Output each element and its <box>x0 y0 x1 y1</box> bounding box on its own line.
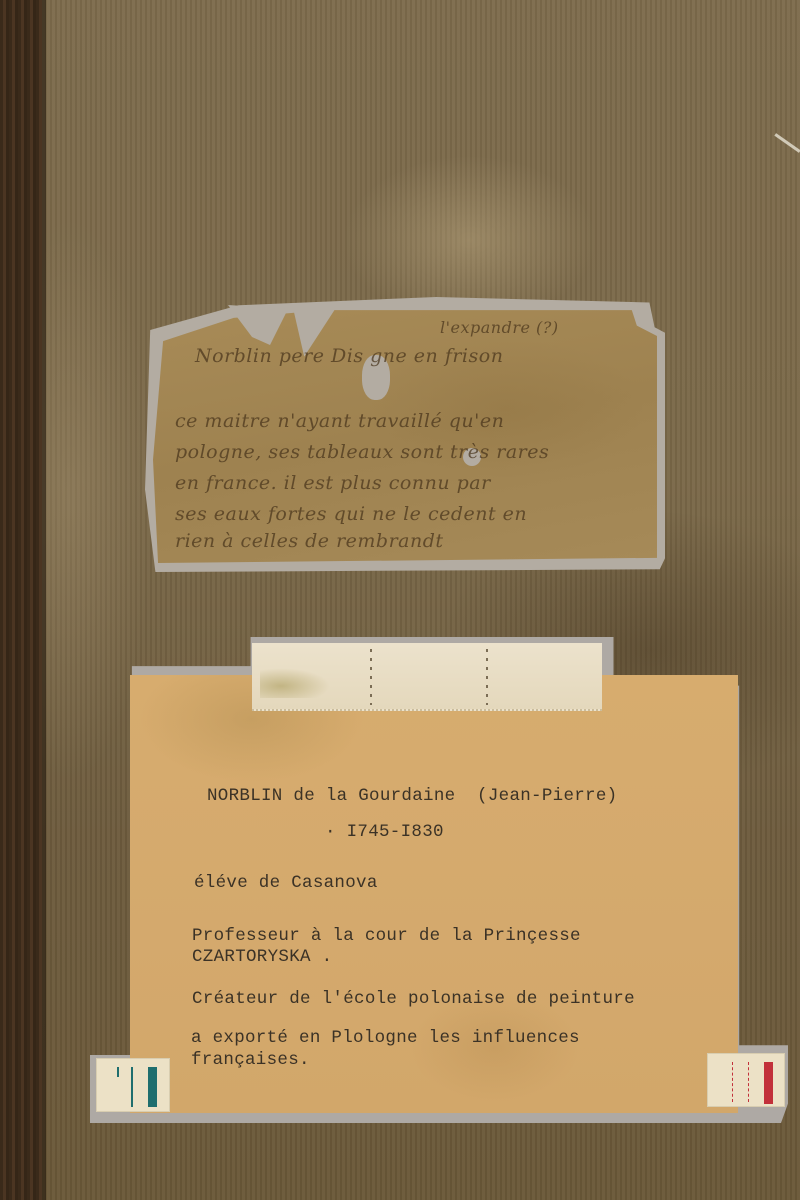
handwritten-line: ses eaux fortes qui ne le cedent en <box>175 503 527 525</box>
perforation <box>370 649 372 705</box>
green-color-tab <box>96 1058 170 1112</box>
student-of: éléve de Casanova <box>194 873 378 893</box>
frame-wood-edge <box>0 0 42 1200</box>
export-line-1: a exporté en Plologne les influences <box>191 1028 580 1048</box>
handwritten-line: rien à celles de rembrandt <box>175 530 444 552</box>
scratch-mark <box>774 133 800 153</box>
handwritten-line: en france. il est plus connu par <box>175 472 491 494</box>
handwritten-line: Norblin pere Dis gne en frison <box>195 345 503 367</box>
handwritten-line: ce maitre n'ayant travaillé qu'en <box>175 410 504 432</box>
handwritten-line: pologne, ses tableaux sont très rares <box>175 441 549 463</box>
professor-line-1: Professeur à la cour de la Prinçesse <box>192 926 581 946</box>
handwritten-line: l'expandre (?) <box>440 318 559 337</box>
professor-line-2: CZARTORYSKA . <box>192 947 332 967</box>
export-line-2: françaises. <box>191 1050 310 1070</box>
creator-line: Créateur de l'école polonaise de peintur… <box>192 989 635 1009</box>
artist-name: NORBLIN de la Gourdaine (Jean-Pierre) <box>207 786 617 806</box>
red-color-tab <box>707 1053 785 1107</box>
stain <box>260 668 330 698</box>
artist-dates: · I745-I830 <box>325 822 444 842</box>
perforation <box>486 649 488 705</box>
